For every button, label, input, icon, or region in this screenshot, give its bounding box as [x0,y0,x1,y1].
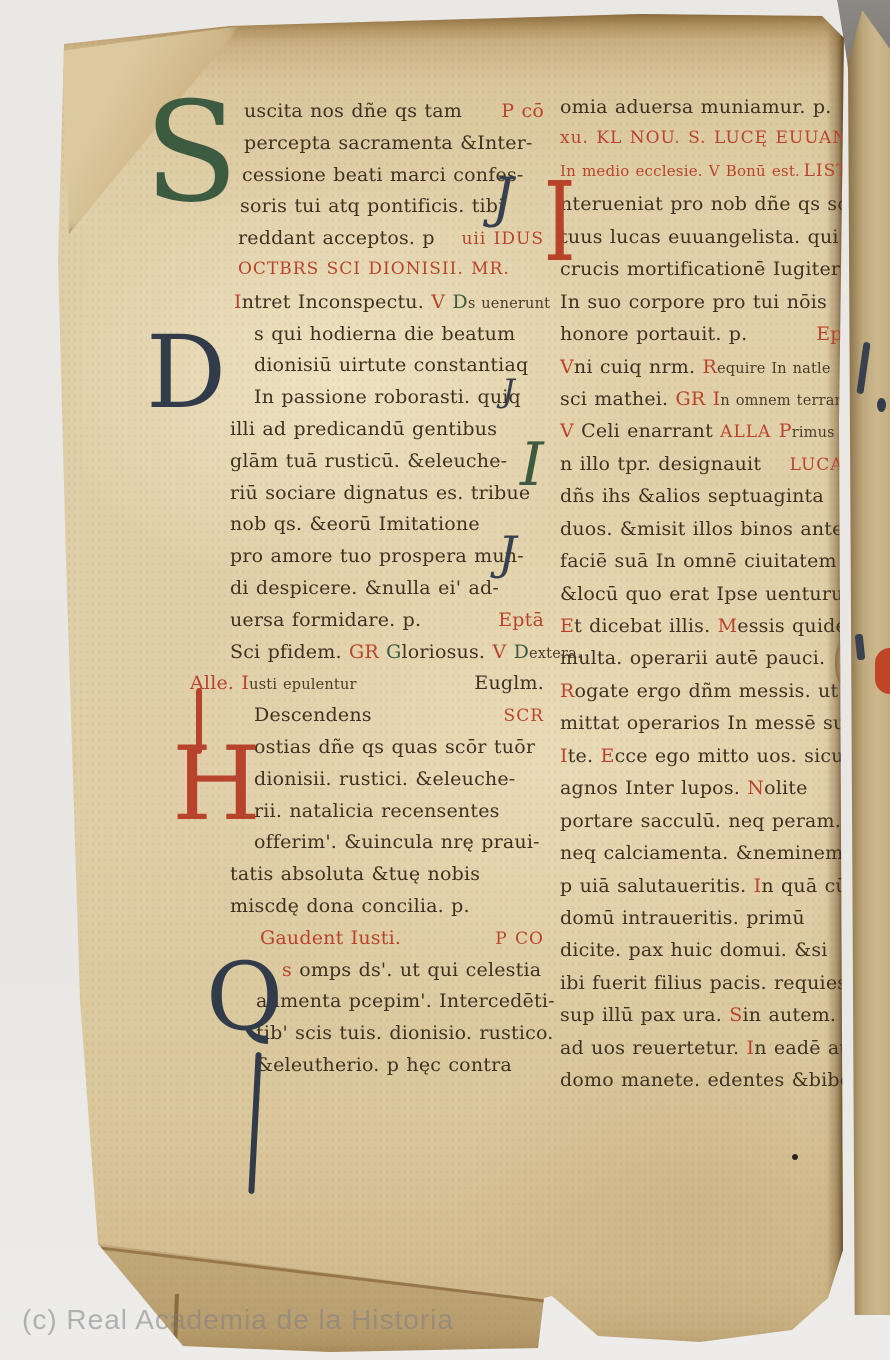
text-segment: rii. natalicia recensentes [254,800,500,822]
manuscript-line: nob qs. &eorū Imitatione [230,513,544,545]
text-segment: in autem. [743,1004,837,1026]
text-segment: dionisiū uirtute constantiaq [254,354,528,376]
marginal-mark: I [520,430,544,500]
text-segment: reddant acceptos. p [238,227,442,249]
text-segment: I [713,388,721,410]
manuscript-line: sci mathei. GR In omnem terram. [560,388,862,420]
text-segment: tuus lucas euuangelista. qui [560,226,839,248]
text-segment: E [560,615,574,637]
manuscript-line: faciē suā In omnē ciuitatem [560,550,862,582]
manuscript-line: uscita nos dñe qs tam P cō [230,100,544,132]
text-segment: SCR [504,706,544,726]
text-segment: N [747,777,764,799]
text-segment: xu. KL NOU. S. LUCĘ EUUANGE- [560,128,883,148]
manuscript-line: portare sacculū. neq peram. [560,810,862,842]
manuscript-line: V Celi enarrant ALLA Primus ad sion. [560,420,862,452]
manuscript-line: uersa formidare. p. Eptā [230,609,544,641]
manuscript-line: mittat operarios In messē suā. [560,712,862,744]
marginal-mark: J [498,526,516,580]
text-segment: D [452,291,467,313]
text-segment: Celi enarrant [581,420,720,442]
text-segment: agnos Inter lupos. [560,777,747,799]
manuscript-line: Et dicebat illis. Messis quidem [560,615,862,647]
text-segment: nob qs. &eorū Imitatione [230,513,480,535]
text-segment: olite [764,777,807,799]
text-column-left: uscita nos dñe qs tam P cōpercepta sacra… [230,100,544,1086]
text-segment: V [492,641,513,663]
manuscript-line: tatis absoluta &tuę nobis [230,863,544,895]
manuscript-line: agnos Inter lupos. Nolite [560,777,862,809]
initial-h-red: H [172,742,261,829]
text-segment: Euglm. [474,672,544,694]
text-segment: ogate ergo dñm messis. ut [575,680,839,702]
text-segment: ALLA [720,422,779,442]
text-column-right: omia aduersa muniamur. p.xu. KL NOU. S. … [560,96,862,1102]
manuscript-line: In suo corpore pro tui nōis [560,291,862,323]
text-segment: G [386,641,401,663]
manuscript-line: p uiā salutaueritis. In quā cūq [560,875,862,907]
text-segment: ni cuiq nrm. [574,356,703,378]
manuscript-line: glām tuā rusticū. &eleuche- [230,450,544,482]
manuscript-line: Rogate ergo dñm messis. ut [560,680,862,712]
manuscript-line: riū sociare dignatus es. tribue [230,482,544,514]
text-segment: usti epulentur [249,677,357,693]
text-segment: s [282,959,299,981]
text-segment: M [718,615,738,637]
text-segment: nterueniat pro nob dñe qs scs [560,193,858,215]
text-segment: soris tui atq pontificis. tibi [240,195,504,217]
manuscript-line: domū intraueritis. primū [560,907,862,939]
text-segment: ibi fuerit filius pacis. requiescet [560,972,877,994]
manuscript-line: Vni cuiq nrm. Require In natle [560,356,862,388]
text-segment: uscita nos dñe qs tam [244,100,469,122]
manuscript-line: duos. &misit illos binos ante [560,518,862,550]
text-segment: tatis absoluta &tuę nobis [230,863,480,885]
text-segment: sup illū pax ura. [560,1004,729,1026]
text-segment: n illo tpr. designauit [560,453,768,475]
text-segment: P CO [495,929,544,949]
manuscript-line: ad uos reuertetur. In eadē autē [560,1037,862,1069]
manuscript-line: In passione roborasti. quiq [230,386,544,418]
text-segment: E [600,745,614,767]
text-segment: te. [568,745,601,767]
text-segment: uersa formidare. p. [230,609,428,631]
manuscript-line: pro amore tuo prospera mun- [230,545,544,577]
text-segment: I [747,1037,755,1059]
text-segment: s qui hodierna die beatum [254,323,515,345]
text-segment: In passione roborasti. quiq [254,386,521,408]
wormhole [792,1154,798,1160]
text-segment: Eptā [498,609,544,631]
text-segment: portare sacculū. neq peram. [560,810,841,832]
text-segment: alimenta pcepim'. Intercedēti- [256,990,555,1012]
manuscript-line: percepta sacramenta &Inter- [230,132,544,164]
marginal-mark: J [492,166,514,229]
text-segment: S [729,1004,742,1026]
text-segment: I [241,672,249,694]
text-segment: mittat operarios In messē suā. [560,712,863,734]
initial-q-slate: Q [206,958,283,1038]
text-segment: faciē suā In omnē ciuitatem [560,550,837,572]
manuscript-line: sup illū pax ura. Sin autem. [560,1004,862,1036]
manuscript-line: Sci pfidem. GR Gloriosus. V Dextera. [230,641,544,673]
text-segment: In suo corpore pro tui nōis [560,291,827,313]
manuscript-line: OCTBRS SCI DIONISII. MR. [230,259,544,291]
manuscript-line: dionisiū uirtute constantiaq [230,354,544,386]
manuscript-line: ostias dñe qs quas scōr tuōr [230,736,544,768]
manuscript-line: &eleutherio. p hęc contra [230,1054,544,1086]
manuscript-line: miscdę dona concilia. p. [230,895,544,927]
manuscript-line: reddant acceptos. p uii IDUS [230,227,544,259]
text-segment: ad uos reuertetur. [560,1037,747,1059]
initial-s-green: S [144,94,239,211]
facing-page-initial-fragment [875,648,890,694]
manuscript-line: honore portauit. p. Eptā [560,323,862,355]
text-segment: ntret Inconspectu. [242,291,431,313]
text-segment: illi ad predicandū gentibus [230,418,497,440]
parchment-page: S D H Q I J J I J uscita nos dñe qs tam … [0,0,890,1360]
text-segment: honore portauit. p. [560,323,755,345]
text-segment: Descendens [254,704,372,726]
manuscript-line: illi ad predicandū gentibus [230,418,544,450]
text-segment: R [702,356,717,378]
text-segment: domo manete. edentes &biben- [560,1069,870,1091]
initial-d-slate: D [146,330,226,415]
text-segment: offerim'. &uincula nrę praui- [254,831,540,853]
manuscript-line: nterueniat pro nob dñe qs scs [560,193,862,225]
text-segment: t dicebat illis. [574,615,718,637]
text-segment: &locū quo erat Ipse uenturus. [560,583,860,605]
marginal-mark: J [502,372,515,410]
text-segment: ostias dñe qs quas scōr tuōr [254,736,535,758]
manuscript-line: dñs ihs &alios septuaginta [560,485,862,517]
text-segment: GR [676,388,713,410]
text-segment: dicite. pax huic domui. &si [560,939,828,961]
text-segment: omia aduersa muniamur. p. [560,96,832,118]
text-segment: riū sociare dignatus es. tribue [230,482,530,504]
text-segment: uii IDUS [461,229,544,249]
text-segment: dionisii. rustici. &eleuche- [254,768,515,790]
text-segment: essis quidem [737,615,865,637]
text-segment: loriosus. [401,641,492,663]
manuscript-line: Ite. Ecce ego mitto uos. sicut [560,745,862,777]
manuscript-line: ibi fuerit filius pacis. requiescet [560,972,862,1004]
text-segment: multa. operarii autē pauci. [560,647,825,669]
manuscript-line: dicite. pax huic domui. &si [560,939,862,971]
manuscript-line: rii. natalicia recensentes [230,800,544,832]
text-segment: &eleutherio. p hęc contra [256,1054,512,1076]
text-segment: I [560,745,568,767]
text-segment: n quā cūq [761,875,860,897]
text-segment: P cō [501,100,544,122]
manuscript-line: n illo tpr. designauit LUCAM [560,453,862,485]
manuscript-line: neq calciamenta. &neminem [560,842,862,874]
text-segment: dñs ihs &alios septuaginta [560,485,824,507]
text-segment: omps ds'. ut qui celestia [299,959,541,981]
text-segment: Sci pfidem. [230,641,349,663]
manuscript-line: offerim'. &uincula nrę praui- [230,831,544,863]
text-segment: V [560,420,581,442]
text-segment: D [514,641,529,663]
text-segment: R [560,680,575,702]
manuscript-line: crucis mortificationē Iugiter [560,258,862,290]
text-segment: crucis mortificationē Iugiter [560,258,840,280]
text-segment: cce ego mitto uos. sicut [615,745,852,767]
text-segment: GR [349,641,386,663]
copyright-watermark: (c) Real Academia de la Historia [22,1304,454,1336]
manuscript-line: di despicere. &nulla ei' ad- [230,577,544,609]
text-segment: In medio ecclesie. V Bonū est. [560,162,800,180]
text-segment: domū intraueritis. primū [560,907,805,929]
manuscript-line: Intret Inconspectu. V Ds uenerunt [230,291,544,323]
text-segment: duos. &misit illos binos ante [560,518,844,540]
manuscript-line: tuus lucas euuangelista. qui [560,226,862,258]
text-segment: I [234,291,242,313]
initial-i-red: I [543,176,576,270]
manuscript-line: In medio ecclesie. V Bonū est.LISTĘ [560,161,862,193]
manuscript-photo: S D H Q I J J I J uscita nos dñe qs tam … [0,0,890,1360]
manuscript-line: &locū quo erat Ipse uenturus. [560,583,862,615]
manuscript-line: DescendensSCR [230,704,544,736]
text-segment: p uiā salutaueritis. [560,875,754,897]
text-segment: glām tuā rusticū. &eleuche- [230,450,507,472]
manuscript-line: omia aduersa muniamur. p. [560,96,862,128]
manuscript-line: Alle. Iusti epulenturEuglm. [190,672,544,704]
text-segment: V [560,356,574,378]
text-segment: s uenerunt [468,296,550,312]
manuscript-line: dionisii. rustici. &eleuche- [230,768,544,800]
text-segment: I [754,875,762,897]
text-segment: OCTBRS SCI DIONISII. MR. [238,259,510,279]
text-segment: pro amore tuo prospera mun- [230,545,524,567]
manuscript-line: domo manete. edentes &biben- [560,1069,862,1101]
manuscript-line: s qui hodierna die beatum [230,323,544,355]
facing-page-text-fragment [877,398,886,412]
text-segment: miscdę dona concilia. p. [230,895,470,917]
text-segment: cessione beati marci confes- [242,164,523,186]
text-segment: V [431,291,452,313]
text-segment: sci mathei. [560,388,676,410]
manuscript-line: multa. operarii autē pauci. [560,647,862,679]
text-segment: equire In natle [717,361,831,377]
text-segment: neq calciamenta. &neminem [560,842,843,864]
text-segment: P [779,420,792,442]
text-segment: percepta sacramenta &Inter- [244,132,533,154]
text-segment: tib' scis tuis. dionisio. rustico. [256,1022,554,1044]
text-segment: n omnem terram. [720,393,853,409]
text-segment: di despicere. &nulla ei' ad- [230,577,499,599]
manuscript-line: xu. KL NOU. S. LUCĘ EUUANGE- [560,128,862,160]
